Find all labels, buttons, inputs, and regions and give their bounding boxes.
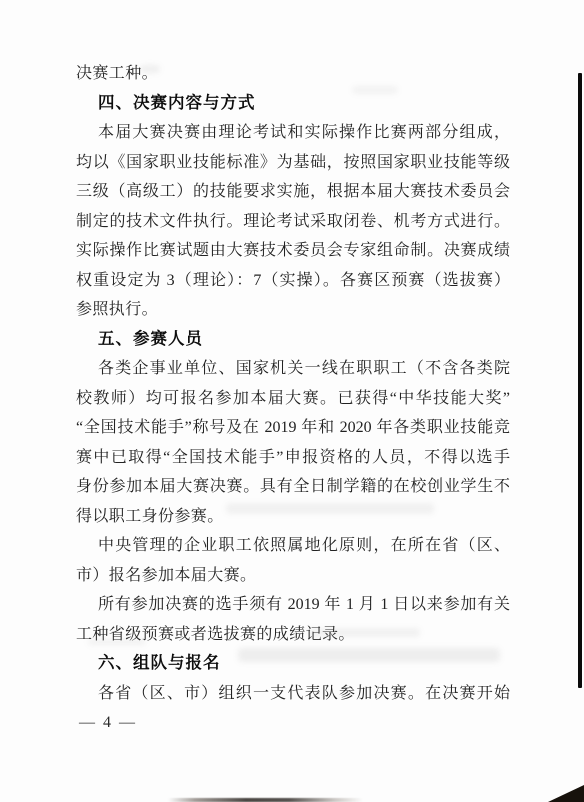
doc-text-line: 校教师）均可报名参加本届大赛。已获得“中华技能大奖” <box>76 384 510 414</box>
doc-text-line: “全国技术能手”称号及在 2019 年和 2020 年各类职业技能竞 <box>76 413 510 443</box>
scan-corner-fold-artifact <box>548 785 584 802</box>
doc-text-line: 本届大赛决赛由理论考试和实际操作比赛两部分组成， <box>76 118 510 148</box>
scan-smudge <box>140 65 160 73</box>
doc-text-line: 参照执行。 <box>76 295 510 325</box>
doc-text-line: 身份参加本届大赛决赛。具有全日制学籍的在校创业学生不 <box>76 472 510 502</box>
scanned-document-page: 决赛工种。 四、决赛内容与方式 本届大赛决赛由理论考试和实际操作比赛两部分组成，… <box>0 0 584 802</box>
doc-text-line: 所有参加决赛的选手须有 2019 年 1 月 1 日以来参加有关 <box>76 590 510 620</box>
section-heading-5: 五、参赛人员 <box>76 325 510 355</box>
page-number: — 4 — <box>76 708 510 738</box>
scan-smudge <box>308 628 420 637</box>
doc-text-line: 各类企事业单位、国家机关一线在职职工（不含各类院 <box>76 354 510 384</box>
document-body: 决赛工种。 四、决赛内容与方式 本届大赛决赛由理论考试和实际操作比赛两部分组成，… <box>76 59 510 738</box>
scan-edge-artifact-bar <box>578 73 582 688</box>
scan-smudge <box>352 86 398 94</box>
doc-text-line: 赛中已取得“全国技术能手”申报资格的人员，不得以选手 <box>76 443 510 473</box>
doc-text-line: 均以《国家职业技能标准》为基础，按照国家职业技能等级 <box>76 148 510 178</box>
doc-text-line: 各省（区、市）组织一支代表队参加决赛。在决赛开始 <box>76 679 510 709</box>
scan-bottom-shadow-artifact <box>168 798 363 802</box>
doc-text-line: 市）报名参加本届大赛。 <box>76 561 510 591</box>
doc-text-line: 中央管理的企业职工依照属地化原则，在所在省（区、 <box>76 531 510 561</box>
scan-smudge <box>226 503 434 514</box>
section-heading-4: 四、决赛内容与方式 <box>76 89 510 119</box>
doc-text-line: 实际操作比赛试题由大赛技术委员会专家组命制。决赛成绩 <box>76 236 510 266</box>
doc-text-line: 三级（高级工）的技能要求实施，根据本届大赛技术委员会 <box>76 177 510 207</box>
doc-text-line: 决赛工种。 <box>76 59 510 89</box>
doc-text-line: 权重设定为 3（理论）：7（实操）。各赛区预赛（选拔赛） <box>76 266 510 296</box>
scan-smudge <box>238 648 500 662</box>
doc-text-line: 制定的技术文件执行。理论考试采取闭卷、机考方式进行。 <box>76 207 510 237</box>
scan-smudge <box>88 639 146 645</box>
